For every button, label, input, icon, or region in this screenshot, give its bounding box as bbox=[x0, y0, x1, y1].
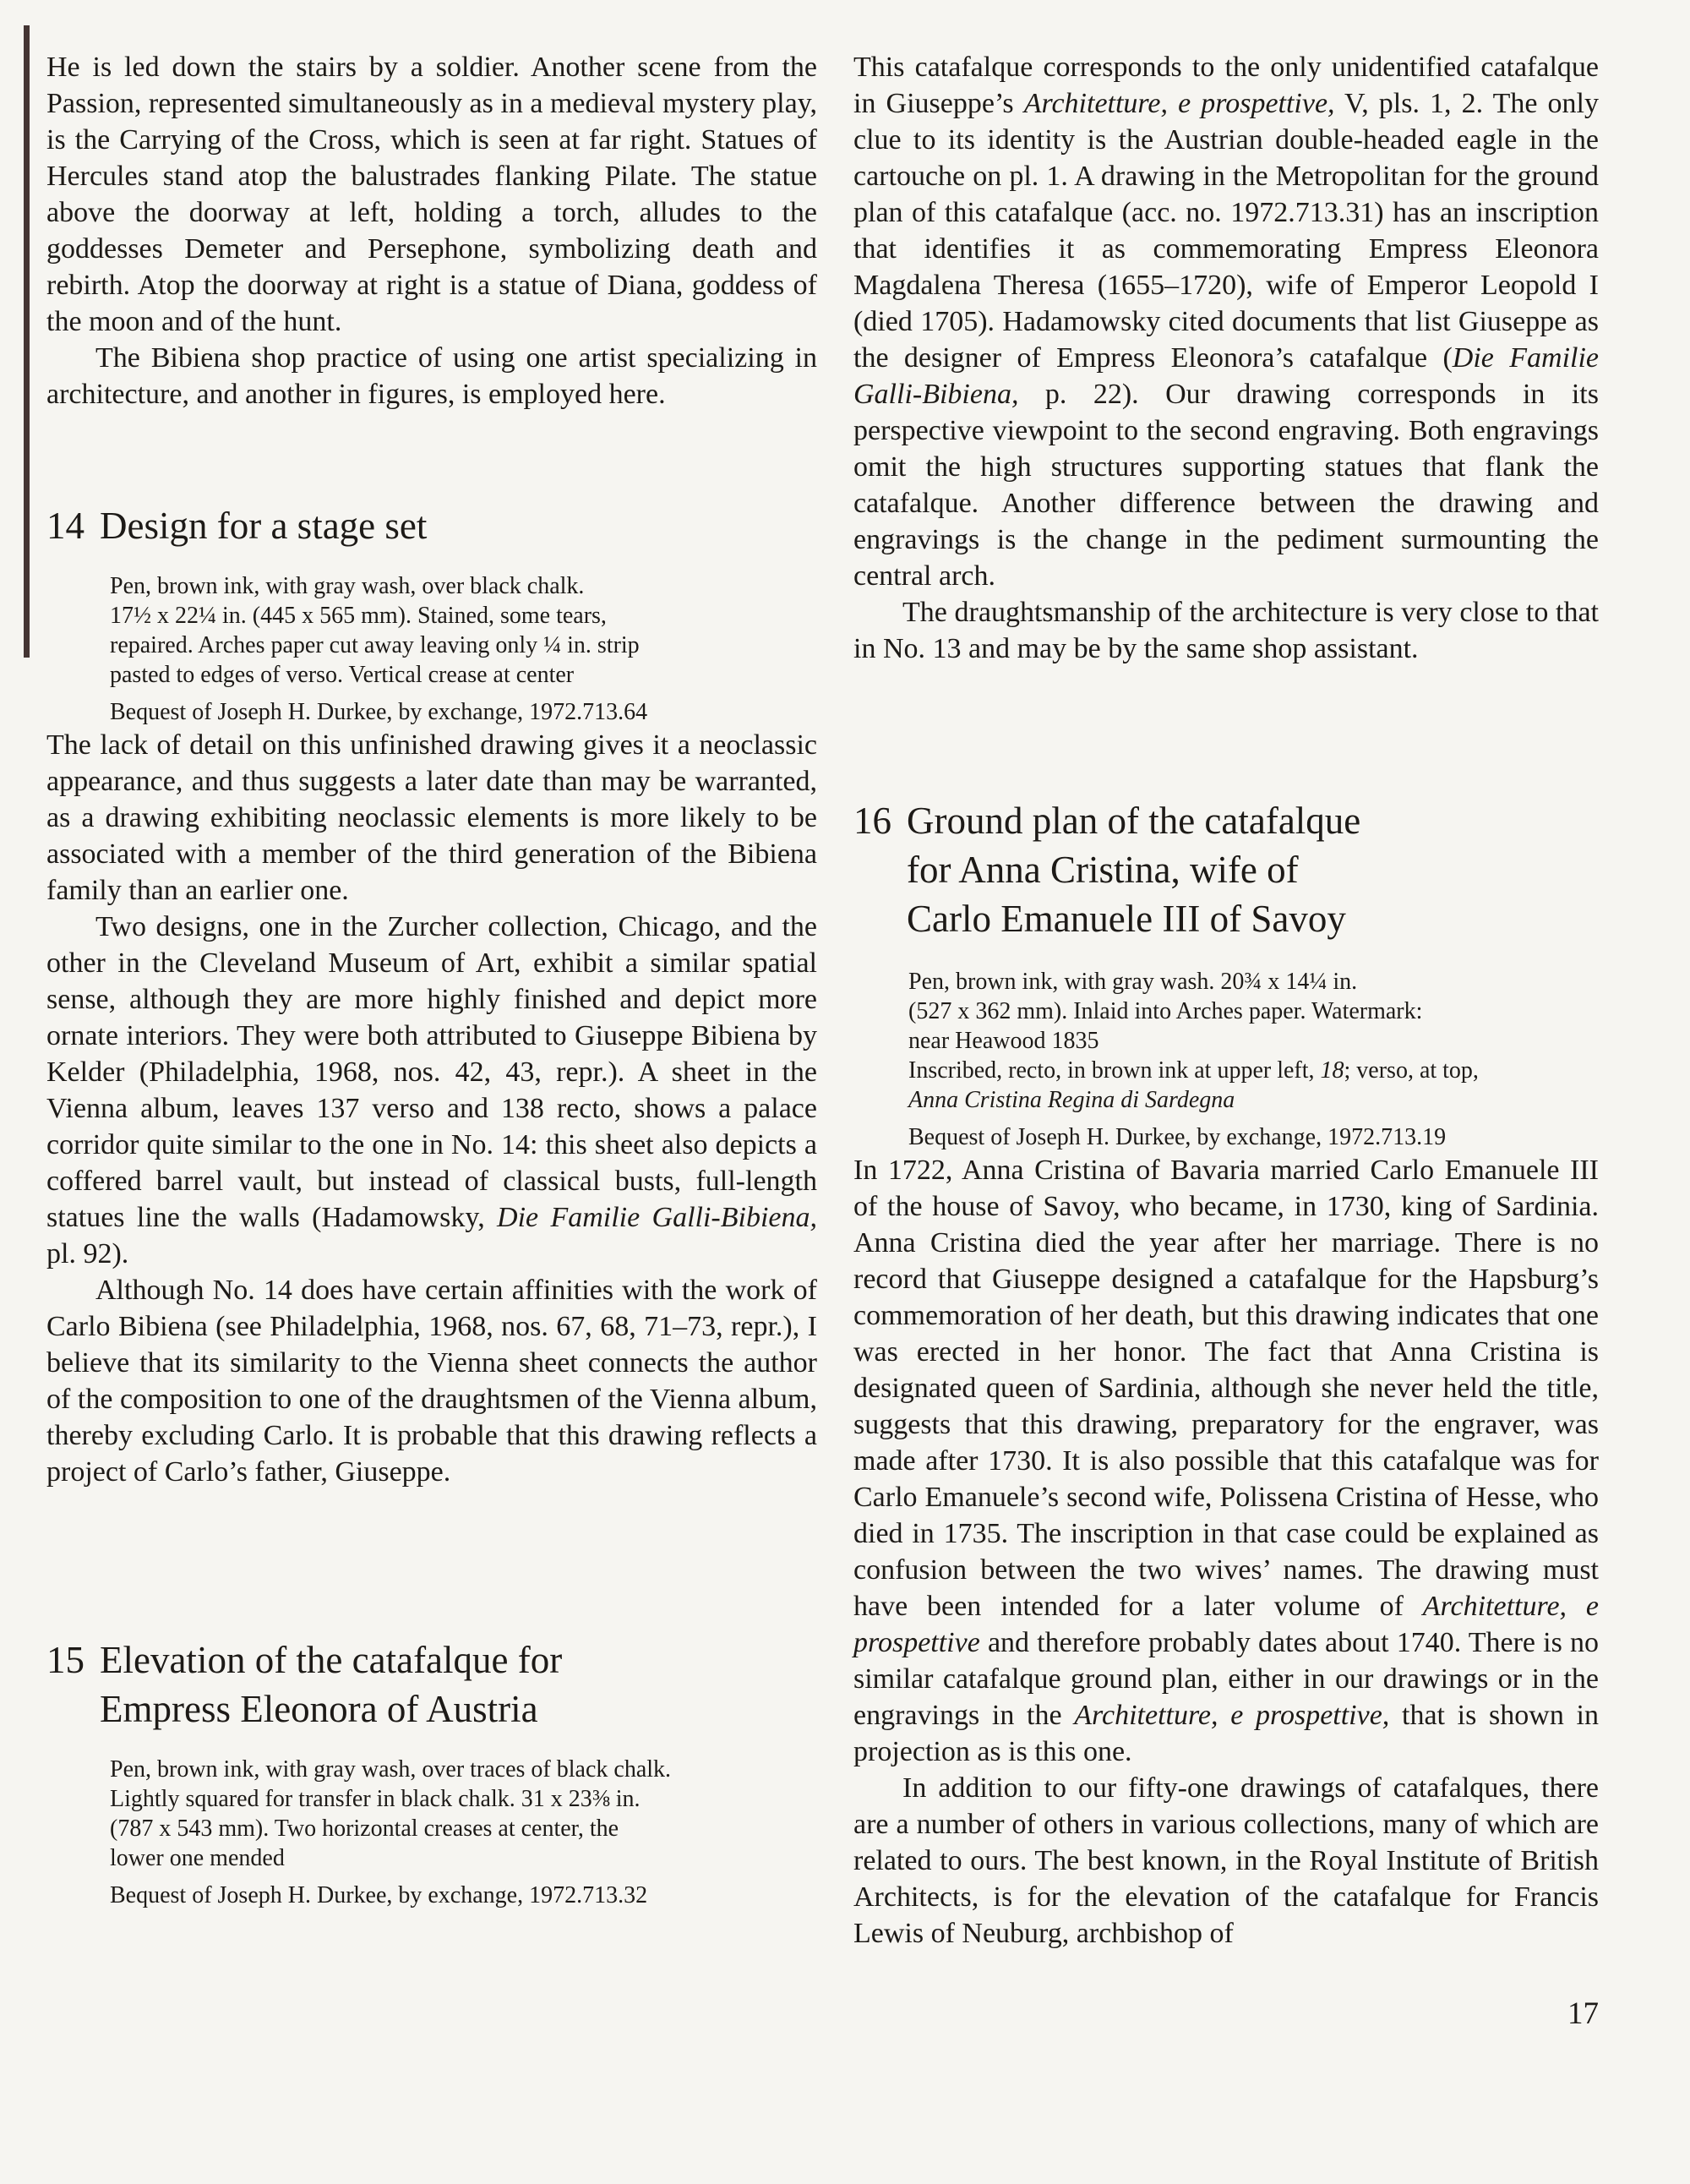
bequest-line: Bequest of Joseph H. Durkee, by exchange… bbox=[110, 1881, 817, 1910]
entry-title-line: Design for a stage set bbox=[100, 501, 817, 550]
materials-line: repaired. Arches paper cut away leaving … bbox=[110, 631, 817, 660]
materials-line: lower one mended bbox=[110, 1843, 817, 1873]
paragraph: The draughtsmanship of the architecture … bbox=[853, 594, 1599, 667]
bequest-line: Bequest of Joseph H. Durkee, by exchange… bbox=[908, 1122, 1599, 1152]
entry-title-line: Carlo Emanuele III of Savoy bbox=[907, 894, 1599, 943]
entry-title-line: Empress Eleonora of Austria bbox=[100, 1684, 817, 1734]
materials-block-14: Pen, brown ink, with gray wash, over bla… bbox=[110, 571, 817, 727]
materials-line: Anna Cristina Regina di Sardegna bbox=[908, 1085, 1599, 1115]
entry-title-line: for Anna Cristina, wife of bbox=[907, 845, 1599, 894]
paragraph: Although No. 14 does have certain affini… bbox=[46, 1272, 817, 1490]
paragraph: The lack of detail on this unfinished dr… bbox=[46, 727, 817, 909]
materials-block-15: Pen, brown ink, with gray wash, over tra… bbox=[110, 1755, 817, 1910]
entry-heading-15: 15 Elevation of the catafalque for Empre… bbox=[46, 1635, 817, 1734]
entry-number: 15 bbox=[46, 1635, 100, 1734]
scan-edge-artifact bbox=[24, 25, 30, 658]
paragraph: The Bibiena shop practice of using one a… bbox=[46, 340, 817, 412]
materials-block-16: Pen, brown ink, with gray wash. 20¾ x 14… bbox=[908, 967, 1599, 1152]
entry-heading-16: 16 Ground plan of the catafalque for Ann… bbox=[853, 796, 1599, 943]
paragraph-entry13-continuation: He is led down the stairs by a soldier. … bbox=[46, 49, 817, 340]
paragraph: This catafalque corresponds to the only … bbox=[853, 49, 1599, 594]
materials-line: (527 x 362 mm). Inlaid into Arches paper… bbox=[908, 996, 1599, 1026]
entry-title: Elevation of the catafalque for Empress … bbox=[100, 1635, 817, 1734]
entry-title: Ground plan of the catafalque for Anna C… bbox=[907, 796, 1599, 943]
column-right: This catafalque corresponds to the only … bbox=[853, 49, 1599, 2032]
materials-line: pasted to edges of verso. Vertical creas… bbox=[110, 660, 817, 690]
bequest-line: Bequest of Joseph H. Durkee, by exchange… bbox=[110, 697, 817, 727]
materials-line: Pen, brown ink, with gray wash. 20¾ x 14… bbox=[908, 967, 1599, 996]
materials-line: Pen, brown ink, with gray wash, over tra… bbox=[110, 1755, 817, 1784]
materials-line: near Heawood 1835 bbox=[908, 1026, 1599, 1056]
materials-line: Inscribed, recto, in brown ink at upper … bbox=[908, 1056, 1599, 1085]
materials-line: Pen, brown ink, with gray wash, over bla… bbox=[110, 571, 817, 601]
page: He is led down the stairs by a soldier. … bbox=[0, 0, 1690, 2184]
entry-number: 16 bbox=[853, 796, 907, 943]
paragraph: In addition to our fifty-one drawings of… bbox=[853, 1770, 1599, 1952]
materials-line: Lightly squared for transfer in black ch… bbox=[110, 1784, 817, 1814]
materials-line: (787 x 543 mm). Two horizontal creases a… bbox=[110, 1814, 817, 1843]
entry-title-line: Ground plan of the catafalque bbox=[907, 796, 1599, 845]
entry-title-line: Elevation of the catafalque for bbox=[100, 1635, 817, 1684]
entry-title: Design for a stage set bbox=[100, 501, 817, 550]
paragraph: Two designs, one in the Zurcher collecti… bbox=[46, 909, 817, 1272]
paragraph: In 1722, Anna Cristina of Bavaria marrie… bbox=[853, 1152, 1599, 1770]
page-number: 17 bbox=[853, 1996, 1599, 2032]
entry-number: 14 bbox=[46, 501, 100, 550]
materials-line: 17½ x 22¼ in. (445 x 565 mm). Stained, s… bbox=[110, 601, 817, 631]
entry-heading-14: 14 Design for a stage set bbox=[46, 501, 817, 550]
text-columns: He is led down the stairs by a soldier. … bbox=[46, 49, 1690, 2032]
column-left: He is led down the stairs by a soldier. … bbox=[46, 49, 817, 2032]
